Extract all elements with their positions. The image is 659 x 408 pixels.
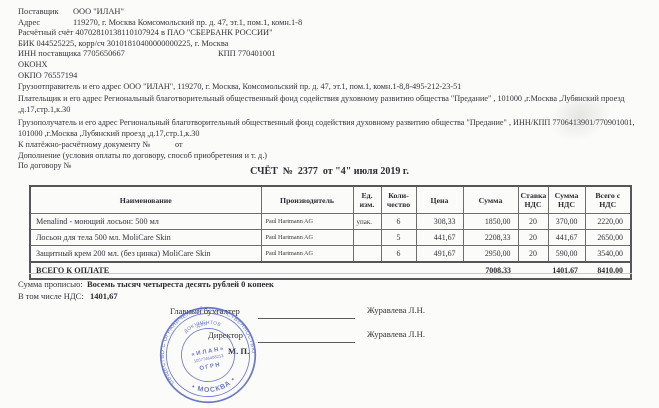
item-price: 491,67 [416, 246, 463, 263]
stamp-dokumentov-text: ДОКУМЕНТОВ [182, 317, 223, 336]
vat-incl-label: В том числе НДС: [18, 291, 90, 301]
address-label: Адрес [18, 18, 73, 29]
item-name: Защитный крем 200 мл. (без цинка) MoliCa… [30, 246, 261, 263]
inn-value: ИНН поставщика 7705650667 [18, 49, 218, 60]
col-header-maker: Производитель [261, 186, 353, 214]
item-vat-sum: 590,00 [548, 246, 585, 263]
amount-words-label: Сумма прописью: [18, 279, 87, 289]
item-unit [353, 246, 381, 263]
item-total: 2650,00 [585, 230, 631, 246]
item-vat-sum: 441,67 [548, 230, 585, 246]
col-header-unit: Ед. изм. [353, 186, 381, 214]
supplier-label: Поставщик [18, 7, 73, 18]
col-header-name: Наименование [30, 186, 261, 214]
item-vat-rate: 20 [518, 246, 548, 263]
payment-doc-line: К платёжно-расчётному документу №от [18, 139, 648, 150]
item-qty: 6 [381, 246, 416, 263]
address-value: 119270, г. Москва Комсомольский пр. д. 4… [73, 18, 302, 27]
account-line: Расчётный счёт 40702810138110107924 в ПА… [18, 28, 302, 39]
company-stamp: ОБЩЕСТВО С ОГРАНИЧЕННОЙ ОТВЕТСТВЕННОСТЬЮ… [156, 303, 260, 407]
col-header-qty: Коли-чество [381, 186, 416, 214]
item-name: Лосьон для тела 500 мл. MoliCare Skin [30, 230, 261, 246]
item-unit: упак. [353, 214, 381, 230]
invoice-document: ПоставщикООО "ИЛАН" Адрес119270, г. Моск… [0, 0, 659, 408]
table-row: Лосьон для тела 500 мл. MoliCare Skin Pa… [30, 230, 631, 246]
item-sum: 2208,33 [463, 230, 518, 246]
svg-text:ДОКУМЕНТОВ: ДОКУМЕНТОВ [182, 317, 223, 336]
svg-text:• МОСКВА •: • МОСКВА • [189, 375, 238, 398]
total-with-vat: 8410,00 [585, 262, 631, 279]
amount-words-value: Восемь тысяч четыреста десять рублей 0 к… [87, 279, 274, 289]
item-total: 2220,00 [585, 214, 631, 230]
stamp-ogrn-label: ОГРН [199, 362, 221, 372]
amount-words-line: Сумма прописью:Восемь тысяч четыреста де… [18, 279, 274, 289]
table-row: Menalind - моющий лосьон: 500 мл Paul Ha… [30, 214, 631, 230]
item-qty: 6 [381, 214, 416, 230]
item-maker: Paul Hartmann AG [261, 246, 353, 263]
item-price: 308,33 [416, 214, 463, 230]
stamp-city-text: • МОСКВА • [189, 375, 238, 398]
supplier-line: ПоставщикООО "ИЛАН" [18, 7, 302, 18]
total-label: ВСЕГО К ОПЛАТЕ [30, 262, 463, 279]
table-row: Защитный крем 200 мл. (без цинка) MoliCa… [30, 246, 631, 263]
total-vat-sum: 1401,67 [548, 262, 585, 279]
shipper-line: Грузоотправитель и его адрес ООО "ИЛАН",… [18, 81, 648, 92]
total-vat-rate-empty [518, 262, 548, 279]
item-maker: Paul Hartmann AG [261, 230, 353, 246]
kpp-value: КПП 770401001 [218, 49, 275, 58]
col-header-vat-rate: Ставка НДС [518, 186, 548, 214]
item-unit [353, 230, 381, 246]
payment-doc-label: К платёжно-расчётному документу № [18, 139, 175, 150]
director-name: Журавлева Л.Н. [367, 329, 425, 339]
inn-kpp-line: ИНН поставщика 7705650667КПП 770401001 [18, 49, 302, 60]
table-bottom-shadow [29, 273, 632, 274]
col-header-sum: Сумма [463, 186, 518, 214]
item-vat-rate: 20 [518, 230, 548, 246]
item-vat-sum: 370,00 [548, 214, 585, 230]
supplier-name: ООО "ИЛАН" [73, 7, 124, 16]
items-table: Наименование Производитель Ед. изм. Коли… [29, 185, 632, 280]
col-header-price: Цена [416, 186, 463, 214]
item-sum: 1850,00 [463, 214, 518, 230]
item-maker: Paul Hartmann AG [261, 214, 353, 230]
address-line: Адрес119270, г. Москва Комсомольский пр.… [18, 18, 302, 29]
invoice-title: СЧЁТ № 2377 от "4" июля 2019 г. [0, 166, 659, 177]
table-header-row: Наименование Производитель Ед. изм. Коли… [30, 186, 631, 214]
okonh-line: ОКОНХ [18, 60, 302, 71]
item-total: 3540,00 [585, 246, 631, 263]
table-total-row: ВСЕГО К ОПЛАТЕ 7008,33 1401,67 8410,00 [30, 262, 631, 279]
item-sum: 2950,00 [463, 246, 518, 263]
item-vat-rate: 20 [518, 214, 548, 230]
vat-incl-value: 1401,67 [90, 291, 118, 301]
total-sum: 7008,33 [463, 262, 518, 279]
col-header-total: Всего с НДС [585, 186, 631, 214]
payment-doc-ot: от [175, 140, 183, 149]
bik-line: БИК 044525225, корр/сч 30101810400000000… [18, 39, 302, 50]
okpo-line: ОКПО 76557194 [18, 71, 302, 82]
item-qty: 5 [381, 230, 416, 246]
accountant-signature-line [258, 317, 355, 319]
item-name: Menalind - моющий лосьон: 500 мл [30, 214, 261, 230]
col-header-vat-sum: Сумма НДС [548, 186, 585, 214]
director-signature-line [258, 341, 355, 343]
supplier-block: ПоставщикООО "ИЛАН" Адрес119270, г. Моск… [18, 7, 302, 81]
item-price: 441,67 [416, 230, 463, 246]
accountant-name: Журавлева Л.Н. [367, 305, 425, 315]
vat-incl-line: В том числе НДС:1401,67 [18, 291, 118, 301]
